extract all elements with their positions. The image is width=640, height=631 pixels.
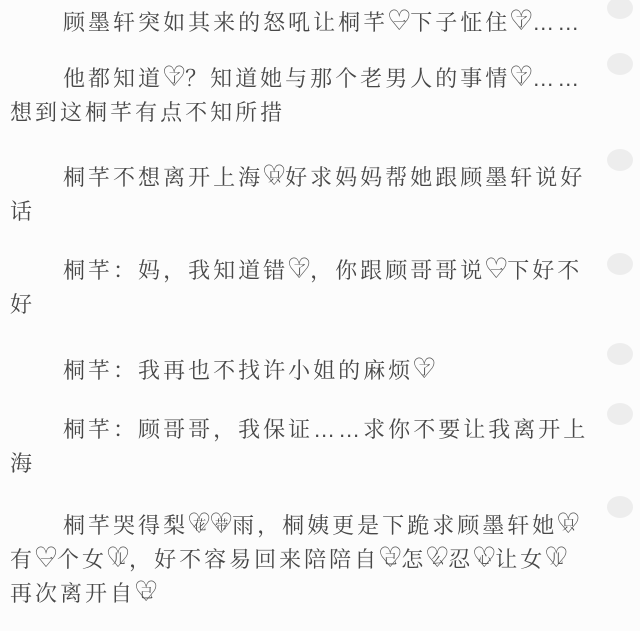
- heart-styled-char: 么: [426, 543, 448, 577]
- text-line: 桐芊哭得梨花带雨，桐姨更是下跪求顾墨轩她只: [10, 509, 588, 543]
- text-line: 海: [10, 447, 588, 481]
- text-line: 桐芊：我再也不找许小姐的麻烦了: [10, 354, 588, 388]
- text-line: 顾墨轩突如其来的怒吼让桐芊一下子怔住了……: [10, 6, 588, 40]
- binder-hole: [607, 149, 633, 171]
- paragraph: 顾墨轩突如其来的怒吼让桐芊一下子怔住了……: [10, 6, 588, 40]
- binder-hole: [607, 496, 633, 518]
- paragraph: 桐芊：我再也不找许小姐的麻烦了: [10, 354, 588, 388]
- heart-styled-char: 儿: [107, 543, 129, 577]
- heart-styled-char: 了: [413, 354, 435, 388]
- heart-styled-char: 一: [35, 543, 57, 577]
- heart-styled-char: 己: [135, 577, 157, 611]
- binder-hole: [607, 0, 633, 19]
- binder-hole: [607, 253, 633, 275]
- text-line: 好: [10, 288, 588, 322]
- text-line: 话: [10, 195, 588, 229]
- heart-styled-char: 了: [163, 62, 185, 96]
- text-line: 他都知道了？知道她与那个老男人的事情了……: [10, 62, 588, 96]
- heart-styled-char: 儿: [545, 543, 567, 577]
- text-line: 有一个女儿，好不容易回来陪陪自己怎么忍心让女儿: [10, 543, 588, 577]
- heart-styled-char: 了: [510, 62, 532, 96]
- heart-styled-char: 了: [510, 6, 532, 40]
- text-line: 再次离开自己: [10, 577, 588, 611]
- heart-styled-char: 带: [210, 509, 232, 543]
- binder-hole: [607, 343, 633, 365]
- binder-hole: [607, 53, 633, 75]
- heart-styled-char: 心: [473, 543, 495, 577]
- heart-styled-char: 一: [485, 254, 507, 288]
- paragraph: 桐芊不想离开上海只好求妈妈帮她跟顾墨轩说好话: [10, 161, 588, 229]
- heart-styled-char: 只: [557, 509, 579, 543]
- heart-styled-char: 花: [188, 509, 210, 543]
- heart-styled-char: 己: [379, 543, 401, 577]
- paragraph: 桐芊哭得梨花带雨，桐姨更是下跪求顾墨轩她只有一个女儿，好不容易回来陪陪自己怎么忍…: [10, 509, 588, 611]
- text-line: 想到这桐芊有点不知所措: [10, 96, 588, 130]
- text-line: 桐芊：妈，我知道错了，你跟顾哥哥说一下好不: [10, 254, 588, 288]
- binder-hole: [607, 403, 633, 425]
- text-content: 顾墨轩突如其来的怒吼让桐芊一下子怔住了……他都知道了？知道她与那个老男人的事情了…: [10, 6, 588, 611]
- text-line: 桐芊：顾哥哥，我保证……求你不要让我离开上: [10, 413, 588, 447]
- heart-styled-char: 只: [263, 161, 285, 195]
- heart-styled-char: 一: [388, 6, 410, 40]
- text-line: 桐芊不想离开上海只好求妈妈帮她跟顾墨轩说好: [10, 161, 588, 195]
- paragraph: 他都知道了？知道她与那个老男人的事情了……想到这桐芊有点不知所措: [10, 62, 588, 130]
- paragraph: 桐芊：妈，我知道错了，你跟顾哥哥说一下好不好: [10, 254, 588, 322]
- heart-styled-char: 了: [288, 254, 310, 288]
- paragraph: 桐芊：顾哥哥，我保证……求你不要让我离开上海: [10, 413, 588, 481]
